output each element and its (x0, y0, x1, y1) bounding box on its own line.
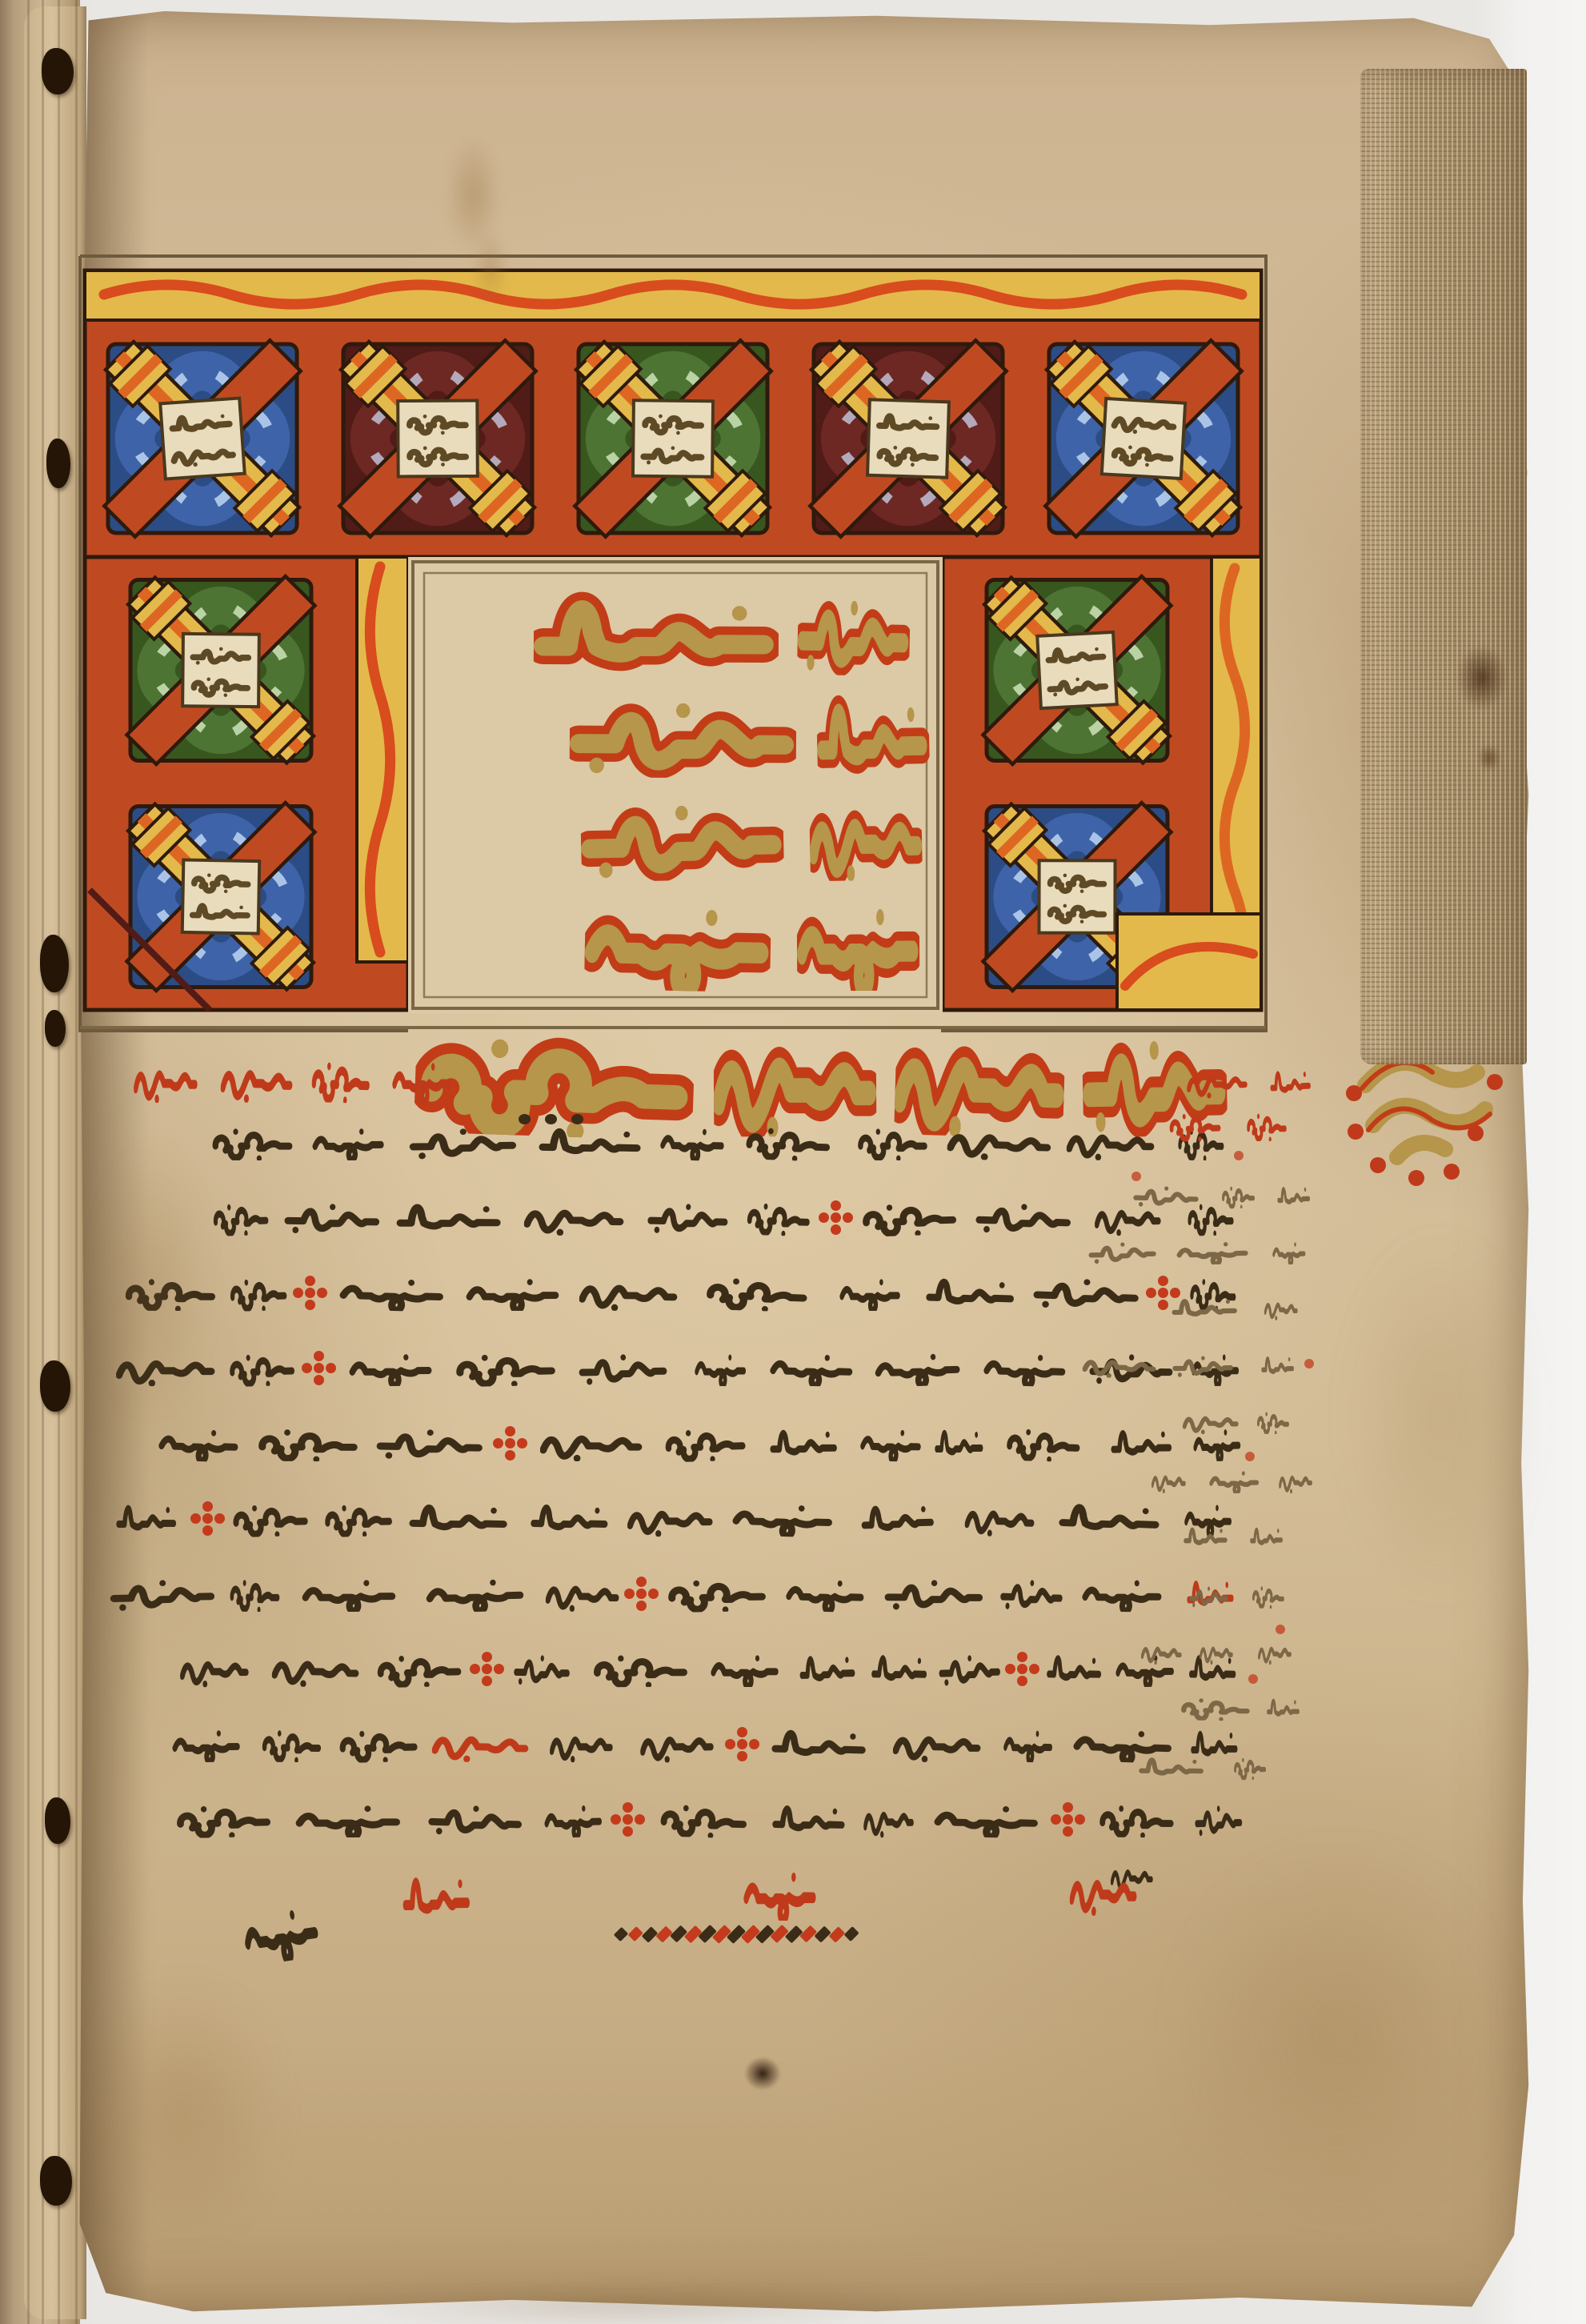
label-box (867, 399, 949, 477)
margin-note-line (1119, 1695, 1309, 1721)
word-glyph (1083, 1352, 1157, 1380)
margin-note-line (1144, 1754, 1282, 1780)
gold-title-line (346, 1026, 1232, 1136)
word-glyph (1179, 1694, 1252, 1721)
knot-band (85, 270, 1261, 557)
word-glyph (580, 791, 784, 883)
word-glyph (771, 1724, 868, 1763)
word-glyph (964, 1499, 1035, 1537)
word-glyph (770, 1424, 839, 1461)
label-box (633, 400, 713, 476)
margin-note-line (1119, 1183, 1319, 1208)
word-glyph (1003, 1725, 1053, 1763)
word-glyph (349, 1349, 433, 1387)
rosette-separator (737, 1739, 747, 1749)
word-glyph (785, 1574, 865, 1613)
margin-note-line (1155, 1066, 1320, 1098)
word-glyph (856, 1124, 929, 1160)
label-box (1039, 860, 1115, 933)
margin-note-line (1114, 1239, 1320, 1264)
word-glyph (432, 1725, 530, 1763)
parchment-stain (344, 2281, 904, 2324)
label-box (182, 634, 259, 707)
word-glyph (860, 1499, 935, 1538)
colophon-red-word (1031, 1865, 1151, 1916)
margin-note-line (1130, 1583, 1293, 1609)
knot-cell-green (575, 340, 771, 536)
stitch-hole (45, 1797, 70, 1844)
parchment-stain (1168, 1841, 1512, 2225)
word-glyph (1070, 1864, 1138, 1916)
stitch-hole (46, 439, 70, 488)
rosette-separator (1063, 1814, 1073, 1825)
word-glyph (530, 1499, 610, 1538)
colophon-flourish (415, 1925, 486, 1968)
word-glyph (703, 1272, 810, 1312)
word-glyph (859, 1197, 959, 1237)
rosette-separator (831, 1212, 841, 1223)
word-glyph (1272, 1239, 1306, 1264)
word-glyph (947, 1122, 1051, 1162)
word-glyph (1151, 1468, 1186, 1493)
word-glyph (799, 1649, 856, 1688)
word-glyph (1172, 1352, 1234, 1379)
body-text-line (120, 1500, 1247, 1537)
margin-note-line (1122, 1639, 1306, 1665)
stitch-hole (42, 48, 74, 94)
word-glyph (797, 588, 911, 677)
word-glyph (591, 1650, 690, 1688)
knot-cell-blue (1045, 340, 1241, 536)
body-text-line (120, 1424, 1247, 1461)
word-glyph (1046, 1649, 1103, 1688)
word-glyph (284, 1198, 382, 1236)
body-text-line (120, 1575, 1247, 1612)
word-glyph (180, 1649, 250, 1687)
word-glyph (211, 1198, 270, 1236)
word-glyph (1267, 1695, 1300, 1721)
body-text-line (120, 1199, 1247, 1236)
word-glyph (312, 1124, 385, 1161)
word-glyph (524, 1198, 624, 1236)
word-glyph (999, 1574, 1063, 1613)
word-glyph (427, 1799, 523, 1839)
body-text-line (182, 1124, 1239, 1160)
ink-dot (519, 1114, 531, 1124)
label-box (1037, 632, 1117, 708)
word-glyph (1209, 1468, 1260, 1493)
word-glyph (550, 1725, 614, 1762)
parchment-stain (744, 2057, 781, 2090)
word-glyph (797, 896, 920, 992)
word-glyph (539, 1123, 644, 1162)
rosette-separator (482, 1664, 492, 1674)
word-glyph (261, 1725, 322, 1763)
word-glyph (871, 1649, 928, 1688)
word-glyph (1194, 1800, 1243, 1837)
knot-band (85, 557, 408, 1010)
word-glyph (579, 1348, 669, 1387)
word-glyph (1176, 1238, 1250, 1265)
word-glyph (839, 1274, 901, 1311)
word-glyph (116, 1500, 178, 1537)
rosette-separator (623, 1814, 633, 1825)
diamond-dot-ornament (616, 1925, 856, 1943)
gold-title-line (418, 691, 936, 778)
word-glyph (863, 1800, 914, 1838)
word-glyph (1200, 1639, 1233, 1665)
word-glyph (409, 1499, 511, 1538)
word-glyph (695, 1349, 747, 1386)
word-glyph (663, 1423, 747, 1462)
word-glyph (392, 1056, 453, 1104)
word-glyph (1264, 1295, 1299, 1321)
word-glyph (658, 1799, 749, 1839)
parchment-stain (1456, 645, 1508, 711)
spine-fold-line (58, 0, 60, 2324)
colophon-red-word (344, 1869, 485, 1922)
rosette-separator (202, 1513, 213, 1524)
word-glyph (659, 1123, 725, 1161)
word-glyph (295, 1801, 402, 1837)
word-glyph (1221, 1182, 1256, 1208)
parchment-stain (472, 232, 509, 304)
margin-note-line (1119, 1468, 1319, 1493)
gold-title-line (445, 589, 922, 675)
word-glyph (884, 1575, 984, 1613)
spine-fold-line (75, 0, 78, 2324)
word-glyph (134, 1056, 198, 1104)
stitch-hole (40, 1360, 70, 1412)
word-glyph (256, 1424, 360, 1462)
word-glyph (1261, 1352, 1296, 1379)
word-glyph (228, 1273, 288, 1312)
word-glyph (816, 691, 930, 779)
word-glyph (570, 691, 797, 779)
word-glyph (1233, 1753, 1268, 1780)
word-glyph (584, 895, 771, 992)
word-glyph (239, 1899, 322, 1967)
parchment-stain (77, 1977, 285, 2241)
word-glyph (454, 1348, 559, 1388)
knot-cell-blue (127, 803, 315, 991)
word-glyph (466, 1274, 560, 1312)
word-glyph (227, 1348, 296, 1388)
word-glyph (396, 1199, 503, 1236)
label-box (1102, 399, 1185, 479)
body-text-line (120, 1274, 1247, 1311)
body-text-line (120, 1725, 1247, 1762)
label-box (182, 859, 259, 933)
word-glyph (1252, 1582, 1286, 1609)
word-glyph (1269, 1065, 1312, 1099)
knot-cell-blue (104, 340, 300, 536)
word-glyph (1133, 1182, 1200, 1209)
manuscript-photo (0, 0, 1586, 2324)
word-glyph (109, 1573, 216, 1613)
rosette-separator (1017, 1664, 1027, 1674)
word-glyph (229, 1575, 281, 1613)
body-text-line (120, 1650, 1247, 1687)
word-glyph (337, 1725, 419, 1763)
word-glyph (769, 1348, 854, 1387)
word-glyph (1088, 1238, 1158, 1265)
stitch-hole (40, 2156, 72, 2206)
word-glyph (322, 1499, 394, 1537)
body-text-line (120, 1349, 1247, 1386)
margin-note-line (1117, 1352, 1311, 1378)
stitch-hole (45, 1010, 66, 1047)
ornament-diamond (814, 1925, 831, 1942)
word-glyph (925, 1272, 1016, 1312)
word-glyph (425, 1573, 525, 1613)
word-glyph (975, 1197, 1072, 1237)
word-glyph (338, 1272, 445, 1312)
textile-repair-strip (1360, 69, 1527, 1064)
margin-note-line (1127, 1524, 1296, 1549)
knot-cell-green (127, 576, 315, 764)
rosette-separator (636, 1589, 647, 1599)
word-glyph (647, 1198, 730, 1236)
knot-cell-maroon (339, 340, 535, 536)
word-glyph (172, 1725, 241, 1763)
word-glyph (1276, 1182, 1311, 1208)
word-glyph (1183, 1408, 1239, 1434)
word-glyph (220, 1056, 293, 1104)
word-glyph (1171, 1294, 1239, 1320)
word-glyph (938, 1649, 1001, 1688)
word-glyph (893, 1725, 981, 1763)
word-glyph (272, 1649, 360, 1688)
word-glyph (409, 1123, 519, 1161)
word-glyph (771, 1800, 847, 1838)
word-glyph (1183, 1524, 1228, 1549)
word-glyph (859, 1424, 922, 1462)
word-glyph (402, 1869, 471, 1922)
colophon-red-word (621, 1865, 826, 1921)
ornament-diamond (614, 1927, 628, 1941)
word-glyph (174, 1800, 273, 1839)
word-glyph (874, 1348, 961, 1387)
word-glyph (546, 1574, 620, 1612)
word-glyph (711, 1650, 779, 1687)
word-glyph (809, 793, 923, 882)
spine-fold-line (27, 0, 30, 2324)
word-glyph (543, 1800, 603, 1838)
word-glyph (534, 588, 779, 675)
word-glyph (1246, 1109, 1288, 1141)
word-glyph (540, 1424, 643, 1461)
word-glyph (1189, 1583, 1228, 1609)
margin-note-line (1117, 1109, 1303, 1141)
word-glyph (1256, 1408, 1290, 1434)
rosette-separator (305, 1288, 315, 1298)
word-glyph (1004, 1424, 1082, 1463)
word-glyph (376, 1424, 485, 1462)
rosette-separator (314, 1363, 324, 1373)
word-glyph (374, 1649, 463, 1689)
word-glyph (745, 1198, 811, 1237)
word-glyph (627, 1500, 713, 1537)
label-box (398, 401, 478, 477)
quire-mark-ornament (1346, 1063, 1503, 1186)
word-glyph (743, 1122, 833, 1162)
word-glyph (210, 1124, 294, 1160)
word-glyph (1279, 1467, 1313, 1493)
word-glyph (894, 1024, 1066, 1139)
word-glyph (639, 1725, 714, 1764)
rosette-separator (505, 1438, 515, 1448)
margin-note-line (1122, 1295, 1308, 1320)
word-glyph (302, 1575, 397, 1612)
word-glyph (935, 1424, 984, 1461)
word-glyph (983, 1348, 1067, 1387)
word-glyph (1139, 1753, 1206, 1780)
word-glyph (666, 1574, 769, 1613)
parchment-stain (1477, 744, 1501, 771)
word-glyph (579, 1273, 679, 1311)
knot-band (943, 557, 1261, 1010)
ornament-diamond (642, 1926, 658, 1942)
word-glyph (158, 1423, 239, 1462)
word-glyph (743, 1864, 818, 1921)
gold-title-line (429, 794, 935, 880)
gold-title-line (442, 896, 935, 991)
word-glyph (230, 1499, 310, 1538)
word-glyph (714, 1025, 877, 1136)
ornament-diamond (627, 1926, 643, 1941)
word-glyph (1186, 1065, 1248, 1100)
red-incipit-line (90, 1056, 464, 1103)
word-glyph (1250, 1524, 1284, 1549)
word-glyph (731, 1498, 834, 1538)
word-glyph (933, 1799, 1039, 1838)
margin-note-line (1123, 1408, 1301, 1434)
ornament-diamond (829, 1926, 845, 1942)
knot-cell-maroon (810, 340, 1006, 536)
body-text-line (184, 1801, 1248, 1837)
stitch-hole (40, 935, 69, 992)
parchment-stain (96, 1144, 208, 1416)
headpiece-bottom-rule (80, 1026, 1266, 1029)
label-box (160, 398, 244, 479)
word-glyph (1167, 1108, 1222, 1142)
word-glyph (514, 1649, 571, 1687)
word-glyph (1141, 1639, 1182, 1665)
word-glyph (310, 1056, 372, 1104)
word-glyph (1098, 1800, 1175, 1837)
parchment-stain (1344, 1232, 1536, 1601)
word-glyph (1258, 1639, 1292, 1665)
knot-cell-green (983, 576, 1171, 764)
spine-fold-line (42, 0, 44, 2324)
